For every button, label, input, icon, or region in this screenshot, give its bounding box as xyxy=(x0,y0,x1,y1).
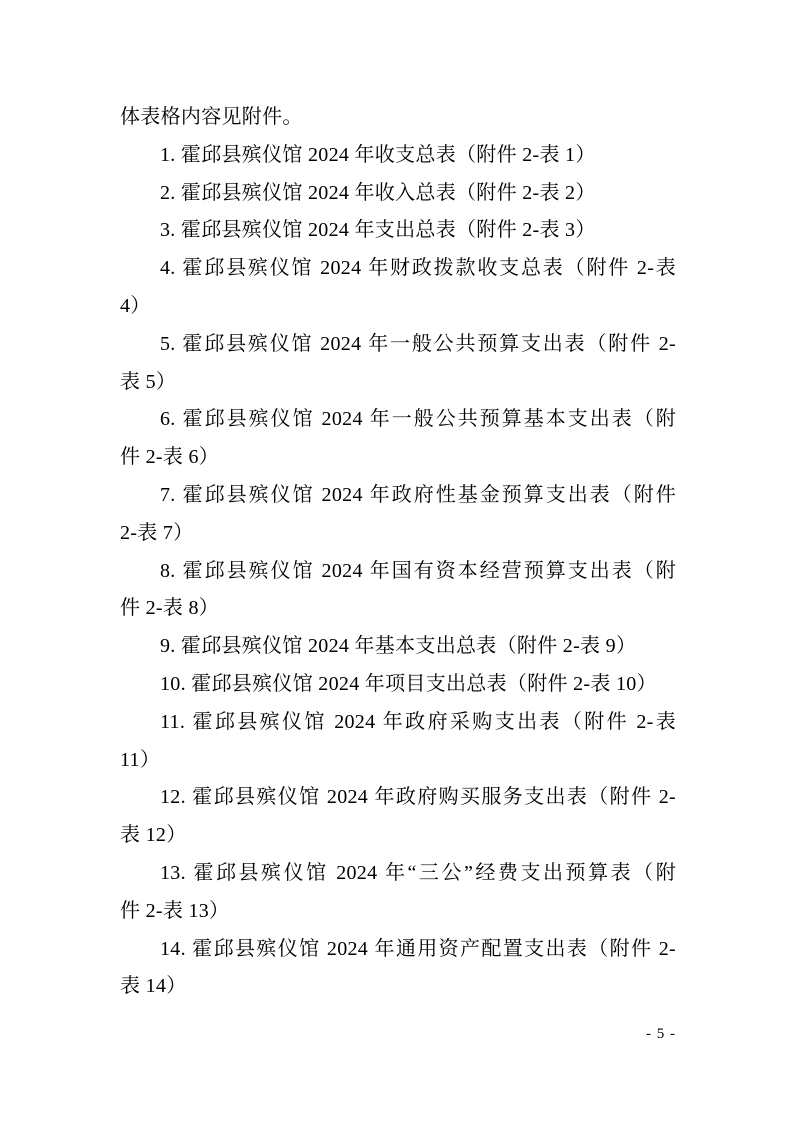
doc-line-attachment-1: 1. 霍邱县殡仪馆 2024 年收支总表（附件 2-表 1） xyxy=(120,137,676,175)
doc-line-attachment-6: 6. 霍邱县殡仪馆 2024 年一般公共预算基本支出表（附 xyxy=(120,401,676,439)
doc-line-attachment-14: 14. 霍邱县殡仪馆 2024 年通用资产配置支出表（附件 2- xyxy=(120,931,676,969)
doc-line-attachment-7-cont: 2-表 7） xyxy=(120,515,676,553)
doc-line-attachment-8-cont: 件 2-表 8） xyxy=(120,590,676,628)
doc-line-attachment-4-cont: 4） xyxy=(120,288,676,326)
doc-line-attachment-3: 3. 霍邱县殡仪馆 2024 年支出总表（附件 2-表 3） xyxy=(120,212,676,250)
doc-line-attachment-5-cont: 表 5） xyxy=(120,364,676,402)
doc-line-attachment-11: 11. 霍邱县殡仪馆 2024 年政府采购支出表（附件 2-表 xyxy=(120,704,676,742)
doc-line-attachment-8: 8. 霍邱县殡仪馆 2024 年国有资本经营预算支出表（附 xyxy=(120,553,676,591)
doc-line-attachment-4: 4. 霍邱县殡仪馆 2024 年财政拨款收支总表（附件 2-表 xyxy=(120,250,676,288)
doc-line-attachment-12-cont: 表 12） xyxy=(120,817,676,855)
doc-line-attachment-12: 12. 霍邱县殡仪馆 2024 年政府购买服务支出表（附件 2- xyxy=(120,779,676,817)
doc-line-attachment-6-cont: 件 2-表 6） xyxy=(120,439,676,477)
doc-line-attachment-7: 7. 霍邱县殡仪馆 2024 年政府性基金预算支出表（附件 xyxy=(120,477,676,515)
doc-line-attachment-5: 5. 霍邱县殡仪馆 2024 年一般公共预算支出表（附件 2- xyxy=(120,326,676,364)
doc-line: 体表格内容见附件。 xyxy=(120,99,676,137)
page-number: - 5 - xyxy=(646,1024,676,1044)
doc-line-attachment-2: 2. 霍邱县殡仪馆 2024 年收入总表（附件 2-表 2） xyxy=(120,175,676,213)
document-page: 体表格内容见附件。 1. 霍邱县殡仪馆 2024 年收支总表（附件 2-表 1）… xyxy=(0,0,793,1122)
doc-line-attachment-9: 9. 霍邱县殡仪馆 2024 年基本支出总表（附件 2-表 9） xyxy=(120,628,676,666)
document-body: 体表格内容见附件。 1. 霍邱县殡仪馆 2024 年收支总表（附件 2-表 1）… xyxy=(120,99,676,1006)
doc-line-attachment-11-cont: 11） xyxy=(120,742,676,780)
doc-line-attachment-13-cont: 件 2-表 13） xyxy=(120,893,676,931)
doc-line-attachment-14-cont: 表 14） xyxy=(120,968,676,1006)
doc-line-attachment-10: 10. 霍邱县殡仪馆 2024 年项目支出总表（附件 2-表 10） xyxy=(120,666,676,704)
doc-line-attachment-13: 13. 霍邱县殡仪馆 2024 年“三公”经费支出预算表（附 xyxy=(120,855,676,893)
